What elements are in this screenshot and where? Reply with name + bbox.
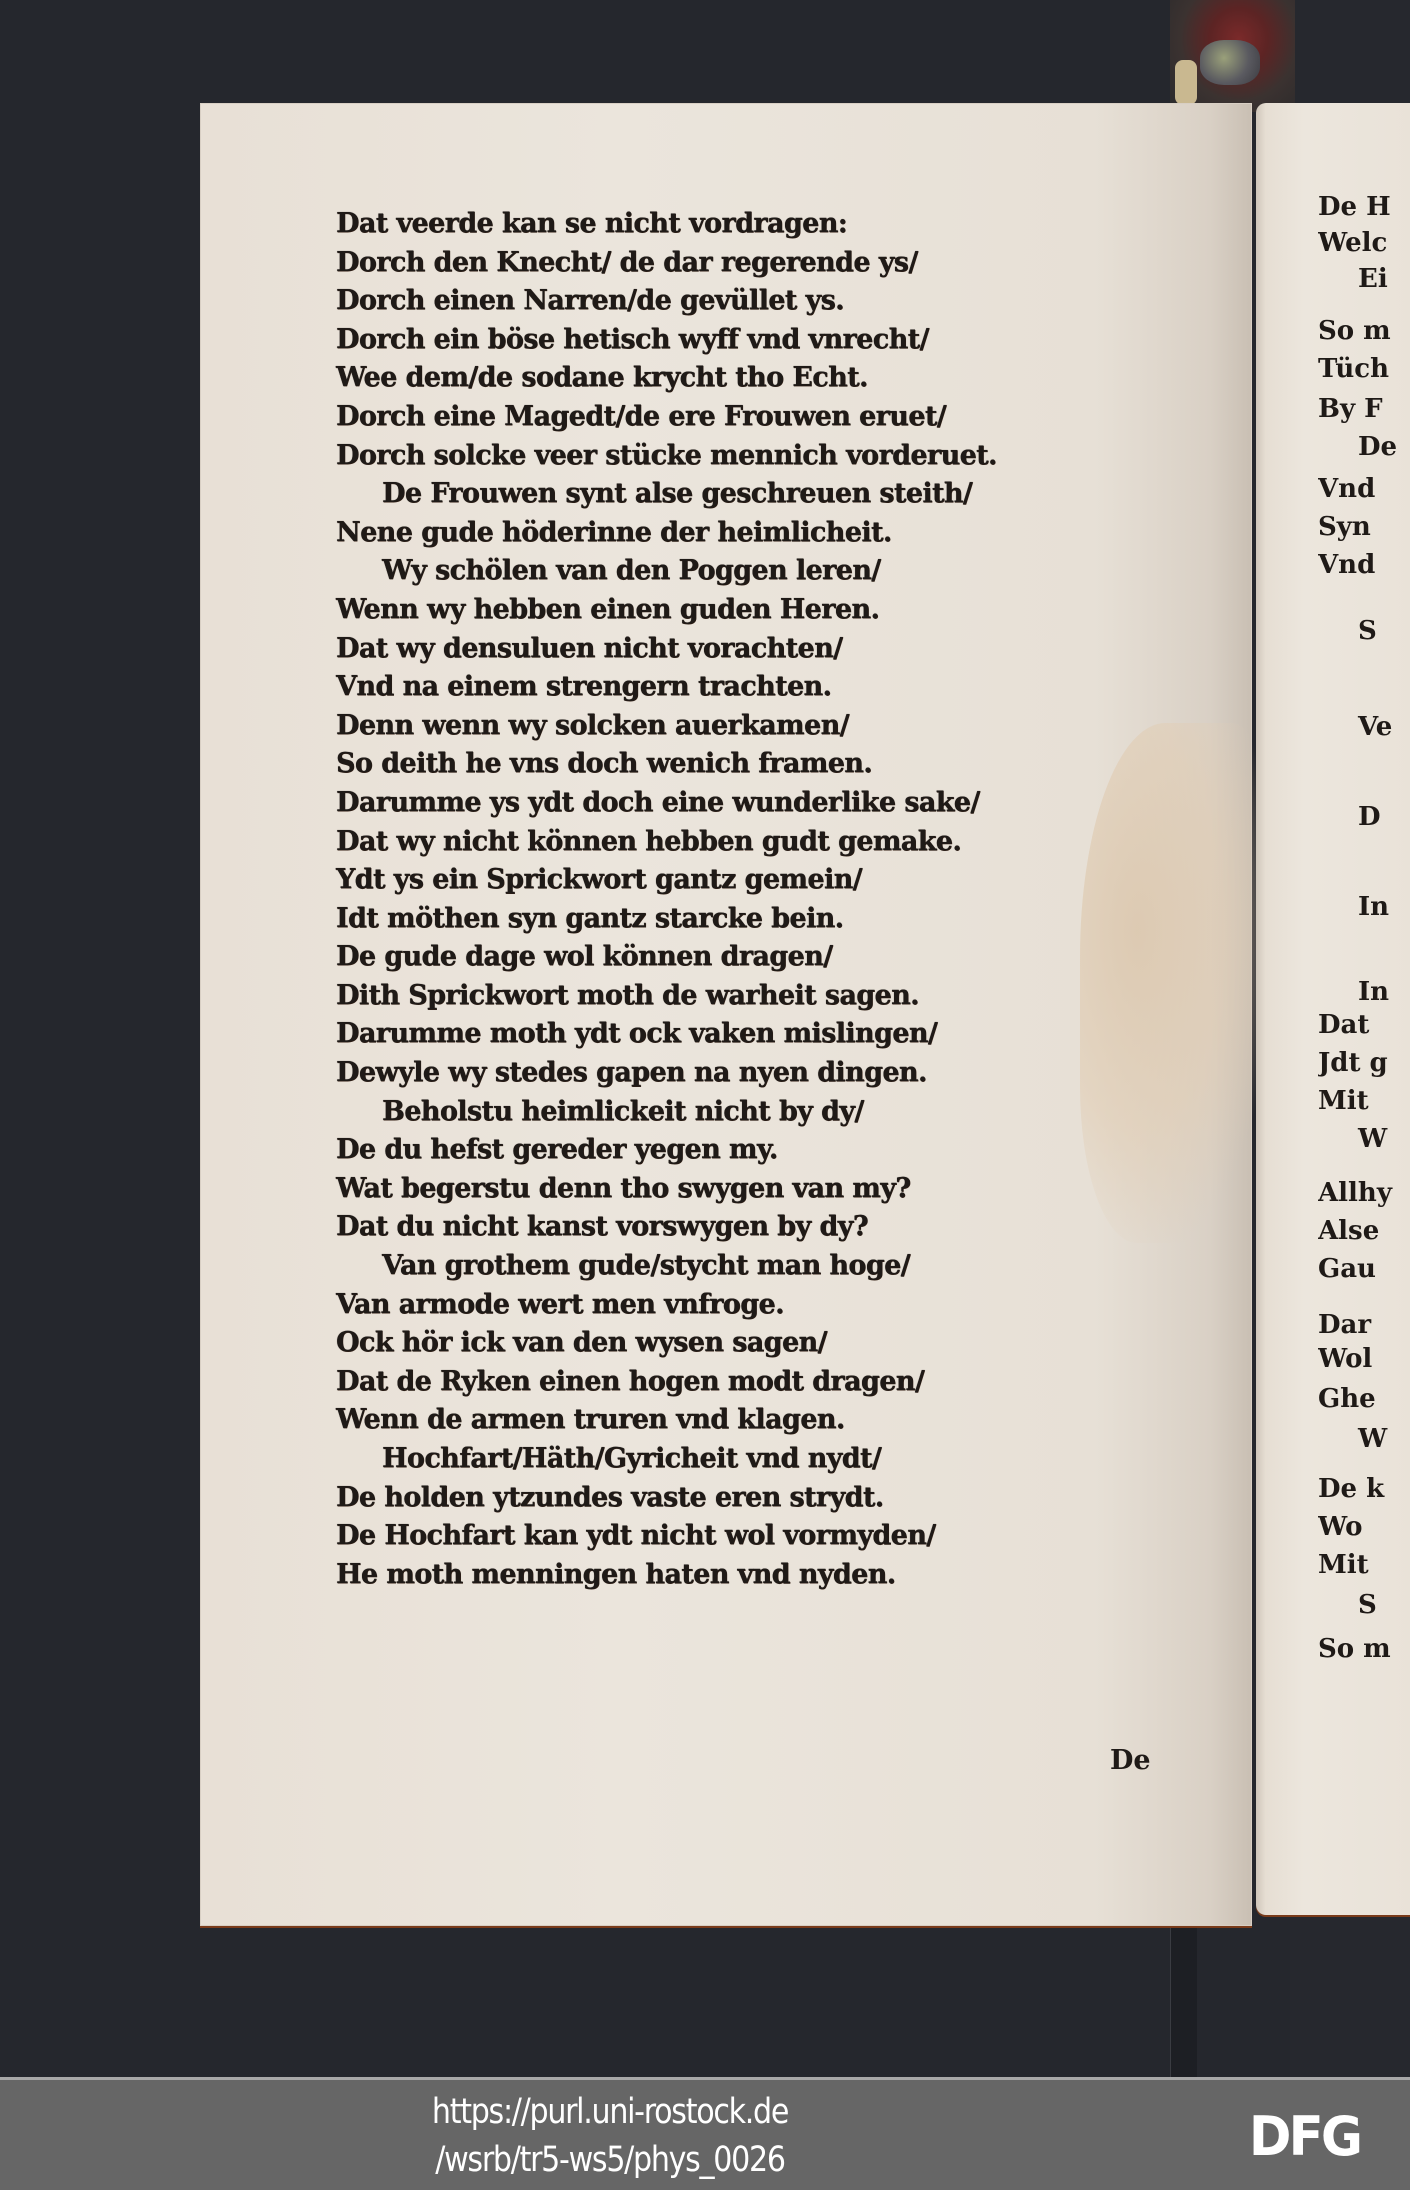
text-line: Dorch eine Magedt/de ere Frouwen eruet/ [336, 398, 1236, 437]
text-line: Dat wy nicht können hebben gudt gemake. [336, 823, 1236, 862]
right-page-text-fragment: De HWelcEiSo mTüchBy FDeVndSynVndSVeDInI… [1318, 192, 1410, 1692]
text-line: Dorch einen Narren/de gevüllet ys. [336, 282, 1236, 321]
text-line: Hochfart/Häth/Gyricheit vnd nydt/ [336, 1440, 1236, 1479]
text-line: Wy schölen van den Poggen leren/ [336, 552, 1236, 591]
text-line: Dat wy densuluen nicht vorachten/ [336, 630, 1236, 669]
text-line: Wat begerstu denn tho swygen van my? [336, 1170, 1236, 1209]
text-line-fragment: Jdt g [1318, 1048, 1388, 1078]
text-line: Beholstu heimlickeit nicht by dy/ [336, 1093, 1236, 1132]
text-line: Ydt ys ein Sprickwort gantz gemein/ [336, 861, 1236, 900]
text-line-fragment: Dat [1318, 1010, 1369, 1040]
text-line-fragment: De k [1318, 1474, 1384, 1504]
text-line-fragment: Vnd [1318, 550, 1375, 580]
text-line-fragment: De [1358, 432, 1397, 462]
text-line-fragment: Ve [1358, 712, 1392, 742]
text-line: Darumme moth ydt ock vaken mislingen/ [336, 1015, 1236, 1054]
scan-image: Dat veerde kan se nicht vordragen:Dorch … [0, 0, 1410, 2077]
text-line: Dorch ein böse hetisch wyff vnd vnrecht/ [336, 321, 1236, 360]
text-line-fragment: Tüch [1318, 354, 1389, 384]
text-line: Dat veerde kan se nicht vordragen: [336, 205, 1236, 244]
text-line: Nene gude höderinne der heimlicheit. [336, 514, 1236, 553]
text-line: De Hochfart kan ydt nicht wol vormyden/ [336, 1517, 1236, 1556]
text-line-fragment: S [1358, 1590, 1377, 1620]
permalink-line-1[interactable]: https://purl.uni-rostock.de [395, 2088, 825, 2136]
text-line: Dat de Ryken einen hogen modt dragen/ [336, 1363, 1236, 1402]
text-line: De gude dage wol können dragen/ [336, 938, 1236, 977]
text-line-fragment: Mit [1318, 1086, 1369, 1116]
text-line-fragment: S [1358, 616, 1377, 646]
text-line-fragment: Welc [1318, 228, 1387, 258]
text-line-fragment: Wo [1318, 1512, 1362, 1542]
text-line: Dorch solcke veer stücke mennich vorderu… [336, 437, 1236, 476]
text-line-fragment: Ghe [1318, 1384, 1376, 1414]
catchword: De [1110, 1745, 1151, 1776]
permalink[interactable]: https://purl.uni-rostock.de /wsrb/tr5-ws… [395, 2088, 825, 2184]
text-line: Wenn wy hebben einen guden Heren. [336, 591, 1236, 630]
text-line-fragment: In [1358, 977, 1389, 1007]
text-line: Dewyle wy stedes gapen na nyen dingen. [336, 1054, 1236, 1093]
book-headband [1170, 0, 1295, 112]
text-line-fragment: Dar [1318, 1310, 1371, 1340]
text-line: Dat du nicht kanst vorswygen by dy? [336, 1208, 1236, 1247]
permalink-line-2[interactable]: /wsrb/tr5-ws5/phys_0026 [395, 2136, 825, 2184]
text-line: De du hefst gereder yegen my. [336, 1131, 1236, 1170]
text-line: De Frouwen synt alse geschreuen steith/ [336, 475, 1236, 514]
text-line-fragment: Syn [1318, 512, 1371, 542]
headband-cord [1175, 60, 1197, 105]
text-line: Wenn de armen truren vnd klagen. [336, 1401, 1236, 1440]
text-line: Darumme ys ydt doch eine wunderlike sake… [336, 784, 1236, 823]
text-line: Wee dem/de sodane krycht tho Echt. [336, 359, 1236, 398]
text-line: So deith he vns doch wenich framen. [336, 745, 1236, 784]
text-line-fragment: D [1358, 802, 1381, 832]
text-line: Dith Sprickwort moth de warheit sagen. [336, 977, 1236, 1016]
text-line-fragment: Alse [1318, 1216, 1379, 1246]
text-line: Van grothem gude/stycht man hoge/ [336, 1247, 1236, 1286]
text-line: Vnd na einem strengern trachten. [336, 668, 1236, 707]
text-line-fragment: De H [1318, 192, 1391, 222]
dfg-logo: DFG [1249, 2110, 1360, 2164]
left-page-text: Dat veerde kan se nicht vordragen:Dorch … [336, 205, 1236, 1594]
text-line: De holden ytzundes vaste eren strydt. [336, 1479, 1236, 1518]
text-line-fragment: In [1358, 892, 1389, 922]
text-line-fragment: Mit [1318, 1550, 1369, 1580]
text-line-fragment: Vnd [1318, 474, 1375, 504]
text-line: Van armode wert men vnfroge. [336, 1286, 1236, 1325]
text-line: Denn wenn wy solcken auerkamen/ [336, 707, 1236, 746]
headband-knot [1200, 40, 1260, 85]
viewer-footer: https://purl.uni-rostock.de /wsrb/tr5-ws… [0, 2077, 1410, 2190]
text-line: Ock hör ick van den wysen sagen/ [336, 1324, 1236, 1363]
text-line-fragment: Allhy [1318, 1178, 1392, 1208]
text-line-fragment: Gau [1318, 1254, 1376, 1284]
text-line-fragment: Ei [1358, 264, 1388, 294]
text-line-fragment: W [1358, 1124, 1387, 1154]
text-line-fragment: So m [1318, 1634, 1391, 1664]
text-line-fragment: So m [1318, 316, 1391, 346]
text-line-fragment: W [1358, 1424, 1387, 1454]
text-line: He moth menningen haten vnd nyden. [336, 1556, 1236, 1595]
text-line-fragment: Wol [1318, 1344, 1372, 1374]
text-line-fragment: By F [1318, 394, 1383, 424]
text-line: Idt möthen syn gantz starcke bein. [336, 900, 1236, 939]
text-line: Dorch den Knecht/ de dar regerende ys/ [336, 244, 1236, 283]
